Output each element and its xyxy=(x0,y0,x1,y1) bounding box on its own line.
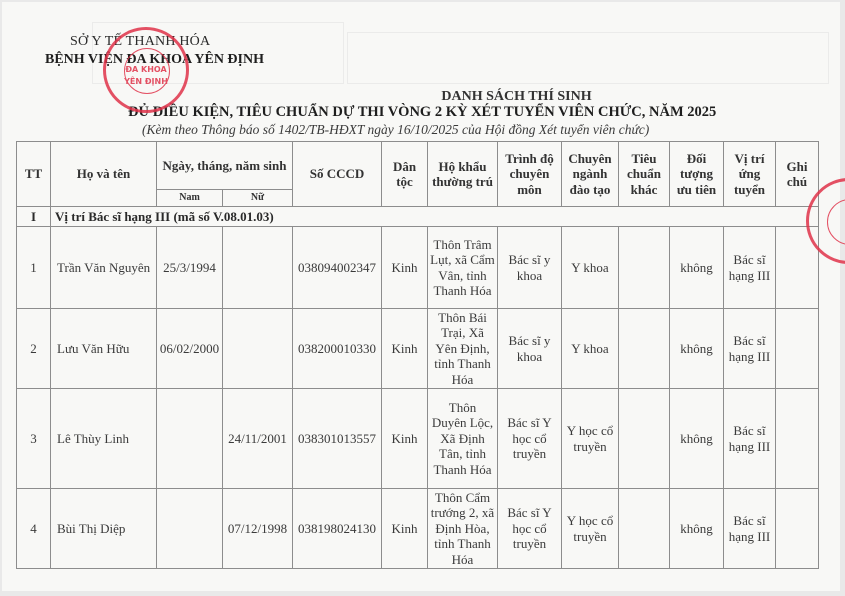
cell-female-dob xyxy=(223,309,293,389)
document-title-text: DANH SÁCH THÍ SINH xyxy=(441,89,591,105)
cell-cccd: 038094002347 xyxy=(293,227,382,309)
cell-ethnicity: Kinh xyxy=(382,389,428,489)
cell-name: Lưu Văn Hữu xyxy=(51,309,157,389)
cell-note xyxy=(776,309,819,389)
col-header-dob: Ngày, tháng, năm sinh xyxy=(157,142,293,190)
cell-male-dob xyxy=(157,389,223,489)
cell-note xyxy=(776,489,819,569)
stamp-text-line1: ĐA KHOA xyxy=(106,64,186,75)
document-subtitle: ĐỦ ĐIỀU KIỆN, TIÊU CHUẨN DỰ THI VÒNG 2 K… xyxy=(128,104,716,121)
cell-major: Y học cổ truyền xyxy=(562,489,619,569)
cell-position: Bác sĩ hạng III xyxy=(724,227,776,309)
cell-priority: không xyxy=(670,389,724,489)
cell-major: Y học cổ truyền xyxy=(562,389,619,489)
candidate-table: TT Họ và tên Ngày, tháng, năm sinh Số CC… xyxy=(16,141,819,569)
section-index: I xyxy=(17,207,51,227)
cell-other-criteria xyxy=(619,227,670,309)
cell-tt: 2 xyxy=(17,309,51,389)
cell-female-dob: 07/12/1998 xyxy=(223,489,293,569)
cell-priority: không xyxy=(670,489,724,569)
col-header-position: Vị trí ứng tuyển xyxy=(724,142,776,207)
cell-tt: 4 xyxy=(17,489,51,569)
cell-residence: Thôn Duyên Lộc, Xã Định Tân, tỉnh Thanh … xyxy=(428,389,498,489)
cell-qualification: Bác sĩ y khoa xyxy=(498,309,562,389)
cell-female-dob xyxy=(223,227,293,309)
cell-male-dob: 06/02/2000 xyxy=(157,309,223,389)
table-row: 2Lưu Văn Hữu06/02/2000038200010330KinhTh… xyxy=(17,309,819,389)
cell-tt: 3 xyxy=(17,389,51,489)
col-header-residence: Hộ khẩu thường trú xyxy=(428,142,498,207)
cell-qualification: Bác sĩ Y học cổ truyền xyxy=(498,389,562,489)
col-header-female: Nữ xyxy=(223,190,293,207)
cell-cccd: 038301013557 xyxy=(293,389,382,489)
cell-male-dob: 25/3/1994 xyxy=(157,227,223,309)
cell-qualification: Bác sĩ y khoa xyxy=(498,227,562,309)
cell-other-criteria xyxy=(619,489,670,569)
cell-ethnicity: Kinh xyxy=(382,489,428,569)
cell-priority: không xyxy=(670,309,724,389)
cell-other-criteria xyxy=(619,389,670,489)
col-header-other-criteria: Tiêu chuẩn khác xyxy=(619,142,670,207)
table-row: 1Trần Văn Nguyên25/3/1994038094002347Kin… xyxy=(17,227,819,309)
cell-name: Lê Thùy Linh xyxy=(51,389,157,489)
cell-priority: không xyxy=(670,227,724,309)
cell-name: Trần Văn Nguyên xyxy=(51,227,157,309)
col-header-priority: Đối tượng ưu tiên xyxy=(670,142,724,207)
table-row: 3Lê Thùy Linh24/11/2001038301013557KinhT… xyxy=(17,389,819,489)
cell-cccd: 038198024130 xyxy=(293,489,382,569)
cell-name: Bùi Thị Diệp xyxy=(51,489,157,569)
cell-ethnicity: Kinh xyxy=(382,309,428,389)
col-header-cccd: Số CCCD xyxy=(293,142,382,207)
cell-position: Bác sĩ hạng III xyxy=(724,389,776,489)
col-header-name: Họ và tên xyxy=(51,142,157,207)
cell-female-dob: 24/11/2001 xyxy=(223,389,293,489)
cell-male-dob xyxy=(157,489,223,569)
col-header-qualification: Trình độ chuyên môn xyxy=(498,142,562,207)
cell-position: Bác sĩ hạng III xyxy=(724,489,776,569)
section-label: Vị trí Bác sĩ hạng III (mã số V.08.01.03… xyxy=(51,207,819,227)
cell-major: Y khoa xyxy=(562,227,619,309)
col-header-tt: TT xyxy=(17,142,51,207)
document-reference-note: (Kèm theo Thông báo số 1402/TB-HĐXT ngày… xyxy=(142,122,649,138)
cell-other-criteria xyxy=(619,309,670,389)
stamp-text-line2: YÊN ĐỊNH xyxy=(106,76,186,87)
bleed-through-artifact xyxy=(347,32,829,84)
col-header-ethnicity: Dân tộc xyxy=(382,142,428,207)
cell-tt: 1 xyxy=(17,227,51,309)
cell-major: Y khoa xyxy=(562,309,619,389)
cell-cccd: 038200010330 xyxy=(293,309,382,389)
cell-qualification: Bác sĩ Y học cổ truyền xyxy=(498,489,562,569)
col-header-major: Chuyên ngành đào tạo xyxy=(562,142,619,207)
col-header-male: Nam xyxy=(157,190,223,207)
cell-residence: Thôn Cẩm trướng 2, xã Định Hòa, tỉnh Tha… xyxy=(428,489,498,569)
table-row: 4Bùi Thị Diệp07/12/1998038198024130KinhT… xyxy=(17,489,819,569)
section-row: I Vị trí Bác sĩ hạng III (mã số V.08.01.… xyxy=(17,207,819,227)
cell-residence: Thôn Bái Trại, Xã Yên Định, tỉnh Thanh H… xyxy=(428,309,498,389)
cell-note xyxy=(776,389,819,489)
cell-ethnicity: Kinh xyxy=(382,227,428,309)
cell-residence: Thôn Trâm Lụt, xã Cẩm Vân, tỉnh Thanh Hó… xyxy=(428,227,498,309)
cell-position: Bác sĩ hạng III xyxy=(724,309,776,389)
official-seal-stamp: ĐA KHOA YÊN ĐỊNH xyxy=(103,27,189,113)
